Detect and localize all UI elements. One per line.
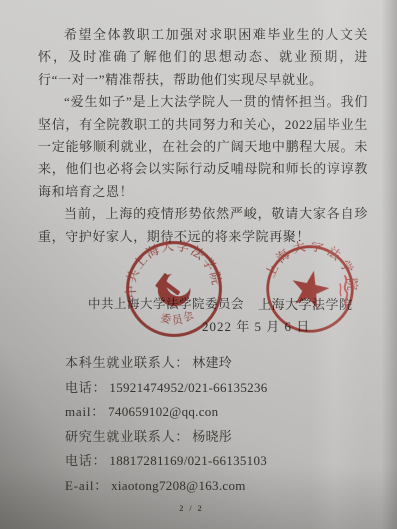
contact-undergrad-phone: 电话：15921474952/021-66135236 bbox=[65, 376, 268, 401]
contact-label: 电话： bbox=[65, 453, 106, 468]
contact-undergrad-mail: mail：740659102@qq.con bbox=[65, 400, 268, 425]
contact-value: 740659102@qq.con bbox=[108, 404, 218, 419]
paragraph-3: 当前，上海的疫情形势依然严峻，敬请大家各自珍重，守护好家人，期待不远的将来学院再… bbox=[38, 203, 368, 248]
contact-block: 本科生就业联系人：林建玲 电话：15921474952/021-66135236… bbox=[65, 351, 268, 499]
paragraph-1: 希望全体教职工加强对求职困难毕业生的人文关怀，及时准确了解他们的思想动态、就业预… bbox=[38, 24, 368, 91]
contact-label: 本科生就业联系人： bbox=[65, 355, 189, 370]
signature-date: 2022 年 5 月 6 日 bbox=[202, 316, 310, 335]
signature-party-committee: 中共上海大学法学院委员会 bbox=[88, 294, 244, 312]
contact-value: 15921474952/021-66135236 bbox=[109, 380, 267, 395]
page-number: 2 / 2 bbox=[0, 504, 383, 513]
letter-body: 希望全体教职工加强对求职困难毕业生的人文关怀，及时准确了解他们的思想动态、就业预… bbox=[38, 24, 368, 248]
letter-page: 希望全体教职工加强对求职困难毕业生的人文关怀，及时准确了解他们的思想动态、就业预… bbox=[0, 0, 397, 529]
paragraph-2: “爱生如子”是上大法学院人一贯的情怀担当。我们坚信，有全院教职工的共同努力和关心… bbox=[38, 91, 368, 203]
contact-label: E-ail： bbox=[65, 478, 108, 493]
contact-label: mail： bbox=[65, 404, 105, 419]
contact-value: 林建玲 bbox=[192, 355, 232, 370]
contact-label: 研究生就业联系人： bbox=[65, 429, 189, 444]
contact-value: 杨晓彤 bbox=[192, 429, 232, 444]
contact-graduate-liaison: 研究生就业联系人：杨晓彤 bbox=[65, 425, 268, 450]
contact-value: xiaotong7208@163.com bbox=[111, 478, 246, 493]
contact-graduate-phone: 电话：18817281169/021-66135103 bbox=[65, 449, 268, 474]
contact-graduate-email: E-ail：xiaotong7208@163.com bbox=[65, 474, 268, 499]
contact-value: 18817281169/021-66135103 bbox=[109, 453, 267, 468]
contact-label: 电话： bbox=[65, 380, 106, 395]
seal-ink-smudge-icon bbox=[337, 274, 353, 308]
contact-undergrad-liaison: 本科生就业联系人：林建玲 bbox=[65, 351, 268, 376]
document-photo: 希望全体教职工加强对求职困难毕业生的人文关怀，及时准确了解他们的思想动态、就业预… bbox=[0, 0, 397, 529]
